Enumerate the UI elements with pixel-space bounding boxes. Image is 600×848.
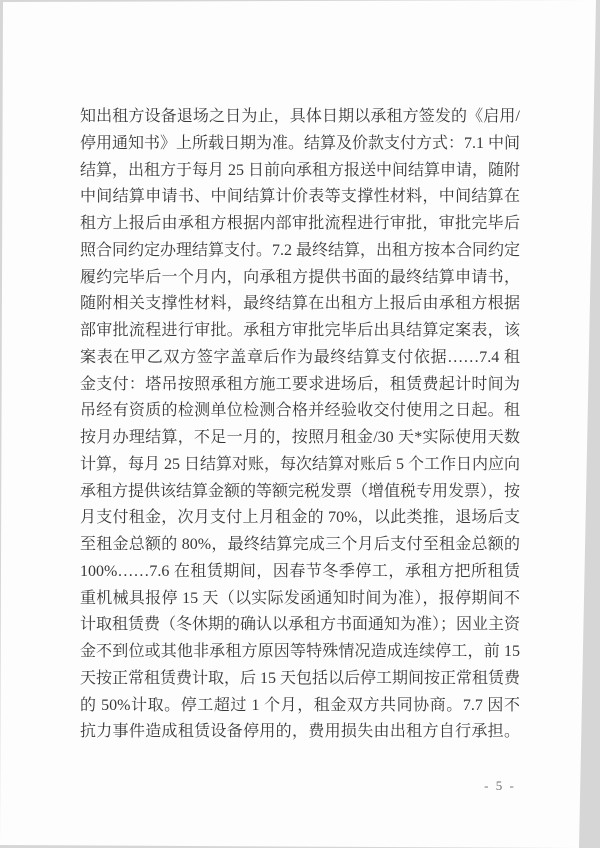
text-line: 抗力事件造成租赁设备停用的，费用损失由出租方自行承担。违 <box>80 719 520 746</box>
text-line: 金不到位或其他非承租方原因等特殊情况造成连续停工，前 15 <box>80 639 520 666</box>
text-line: 案表在甲乙双方签字盖章后作为最终结算支付依据……7.4 租 <box>80 345 520 372</box>
text-line: 部审批流程进行审批。承租方审批完毕后出具结算定案表，该定 <box>80 318 520 345</box>
text-line: 承租方提供该结算金额的等额完税发票（增值税专用发票），按 <box>80 479 520 506</box>
page-number: - 5 - <box>460 778 540 794</box>
text-line: 中间结算申请书、中间结算计价表等支撑性材料，中间结算在出 <box>80 184 520 211</box>
text-line: 重机械具报停 15 天（以实际发函通知时间为准），报停期间不再 <box>80 586 520 613</box>
text-line: 租方上报后由承租方根据内部审批流程进行审批，审批完毕后按 <box>80 211 520 238</box>
text-line: 计取租赁费（冬休期的确认以承租方书面通知为准）；因业主资 <box>80 612 520 639</box>
text-line: 计算，每月 25 日结算对账，每次结算对账后 5 个工作日内应向 <box>80 452 520 479</box>
text-line: 知出租方设备退场之日为止，具体日期以承租方签发的《启用/ <box>80 104 520 131</box>
contract-text-block: 知出租方设备退场之日为止，具体日期以承租方签发的《启用/ 停用通知书》上所载日期… <box>80 104 520 746</box>
text-line: 履约完毕后一个月内，向承租方提供书面的最终结算申请书，并 <box>80 265 520 292</box>
text-line: 停用通知书》上所载日期为准。结算及价款支付方式：7.1 中间 <box>80 131 520 158</box>
text-line: 金支付：塔吊按照承租方施工要求进场后，租赁费起计时间为塔 <box>80 372 520 399</box>
text-line: 按月办理结算，不足一月的，按照月租金/30 天*实际使用天数 <box>80 425 520 452</box>
text-line: 结算，出租方于每月 25 日前向承租方报送中间结算申请，随附 <box>80 158 520 185</box>
text-line: 100%……7.6 在租赁期间，因春节冬季停工，承租方把所租赁起 <box>80 559 520 586</box>
text-line: 月支付租金，次月支付上月租金的 70%，以此类推，退场后支付 <box>80 505 520 532</box>
text-line: 至租金总额的 80%，最终结算完成三个月后支付至租金总额的 <box>80 532 520 559</box>
text-line: 随附相关支撑性材料，最终结算在出租方上报后由承租方根据内 <box>80 291 520 318</box>
document-page: 知出租方设备退场之日为止，具体日期以承租方签发的《启用/ 停用通知书》上所载日期… <box>0 0 600 848</box>
text-line: 照合同约定办理结算支付。7.2 最终结算，出租方按本合同约定 <box>80 238 520 265</box>
text-line: 的 50%计取。停工超过 1 个月，租金双方共同协商。7.7 因不可 <box>80 693 520 720</box>
text-line: 吊经有资质的检测单位检测合格并经验收交付使用之日起。租金 <box>80 398 520 425</box>
text-line: 天按正常租赁费计取，后 15 天包括以后停工期间按正常租赁费 <box>80 666 520 693</box>
